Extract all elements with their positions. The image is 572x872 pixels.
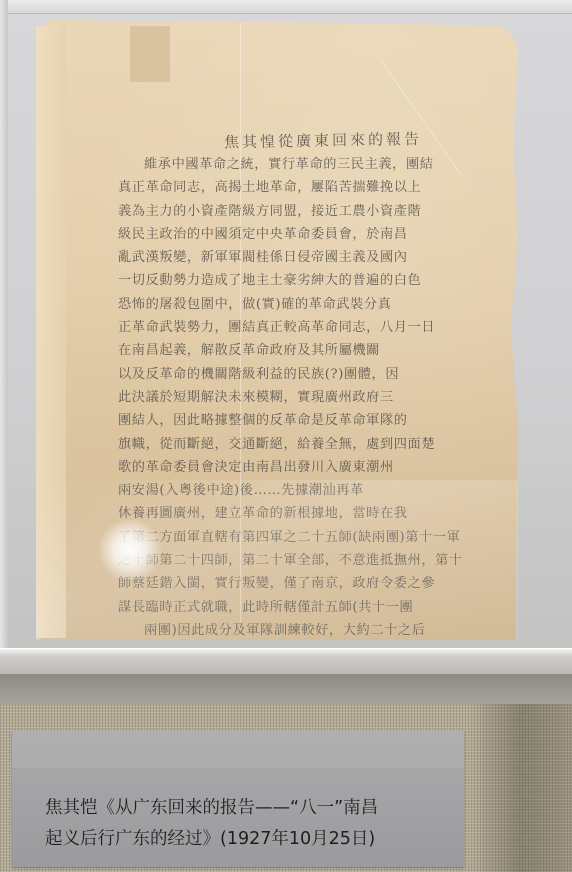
caption-line-2: 起义后行广东的经过》(1927年10月25日): [45, 824, 378, 855]
fabric-shadow: [470, 704, 572, 872]
handwritten-line: 一切反動勢力造成了地主土豪劣紳大的普遍的白色: [118, 269, 488, 292]
handwritten-line: 恐怖的屠殺包圍中，做(實)確的革命武裝分真: [118, 293, 488, 316]
light-glare: [95, 520, 165, 580]
document-title: 焦其惶從廣東回來的報告: [118, 127, 488, 154]
caption-text: 焦其恺《从广东回来的报告——“八一”南昌 起义后行广东的经过》(1927年10月…: [45, 793, 378, 855]
glass-frame-left: [0, 0, 8, 650]
handwritten-line: 此決議於短期解決未來模糊，實現廣州政府三: [118, 386, 488, 409]
handwritten-line: 正革命武裝勢力，團結真正較高革命同志，八月一日: [118, 316, 488, 339]
handwritten-line: 義為主力的小資產階級方同盟，接近工農小資產階: [118, 200, 488, 223]
handwritten-line: 真正革命同志，高揭土地革命，屢陷苦揣難挽以上: [118, 176, 488, 199]
handwritten-line: 旗幟，從而斷絕，交通斷絕，給養全無，處到四面楚: [118, 433, 488, 456]
display-case-ledge: [0, 648, 572, 674]
glass-frame-top: [0, 0, 572, 14]
handwritten-line: 歌的革命委員會決定由南昌出發川入廣東潮州: [118, 456, 488, 479]
caption-line-1: 焦其恺《从广东回来的报告——“八一”南昌: [45, 793, 378, 824]
handwritten-line: 以及反革命的機關階級利益的民族(?)團體，因: [118, 363, 488, 386]
handwritten-line: 級民主政治的中國須定中央革命委員會，於南昌: [118, 223, 488, 246]
exhibit-caption-placard: 焦其恺《从广东回来的报告——“八一”南昌 起义后行广东的经过》(1927年10月…: [12, 731, 464, 867]
handwritten-line: 團結人，因此略據整個的反革命是反革命軍隊的: [118, 409, 488, 432]
handwritten-line: 在南昌起義，解散反革命政府及其所屬機關: [118, 339, 488, 362]
handwritten-line: 維承中國革命之統，實行革命的三民主義，團結: [118, 153, 488, 176]
placard-sheen: [12, 731, 464, 769]
tape-patch: [130, 26, 170, 82]
handwritten-line: 亂武漢叛變，新軍軍閥桂係日侵帝國主義及國內: [118, 246, 488, 269]
display-case-base: [0, 674, 572, 704]
